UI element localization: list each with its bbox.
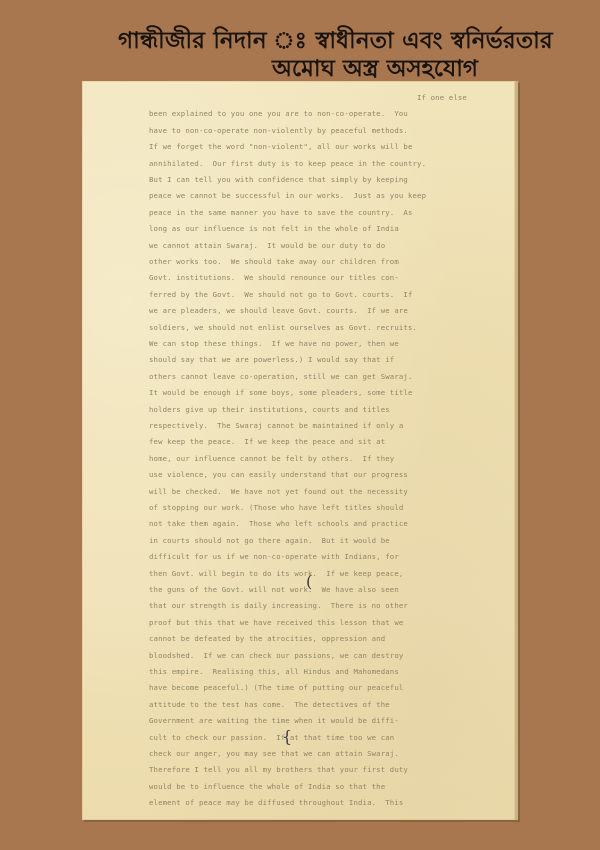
typewritten-line: ferred by the Govt. We should not go to …: [149, 290, 514, 300]
typewritten-line: have become peaceful.) (The time of putt…: [149, 683, 514, 693]
typewritten-line: we cannot attain Swaraj. It would be our…: [149, 241, 514, 251]
typewritten-line: cannot be defeated by the atrocities, op…: [149, 634, 514, 644]
typewritten-line: in courts should not go there again. But…: [149, 536, 514, 546]
typewritten-line: annihilated. Our first duty is to keep p…: [149, 159, 514, 169]
typewritten-line: home, our influence cannot be felt by ot…: [149, 454, 514, 464]
typewritten-line: would be to influence the whole of India…: [149, 782, 514, 792]
typewritten-line: We can stop these things. If we have no …: [149, 339, 514, 349]
typewritten-line: long as our influence is not felt in the…: [149, 224, 514, 234]
typewritten-line: check our anger, you may see that we can…: [149, 749, 514, 759]
handwritten-bracket-mark: (: [306, 574, 312, 590]
typewritten-line: we are pleaders, we should leave Govt. c…: [149, 306, 514, 316]
typewritten-line: proof but this that we have received thi…: [149, 618, 514, 628]
typewritten-line: But I can tell you with confidence that …: [149, 175, 514, 185]
typewritten-line: bloodshed. If we can check our passions,…: [149, 651, 514, 661]
typewritten-line: will be checked. We have not yet found o…: [149, 487, 514, 497]
typewritten-line: difficult for us if we non-co-operate wi…: [149, 552, 514, 562]
typewritten-line: holders give up their institutions, cour…: [149, 405, 514, 415]
typewritten-line: this empire. Realising this, all Hindus …: [149, 667, 514, 677]
typewritten-line: been explained to you one you are to non…: [149, 109, 514, 119]
typewritten-line: soldiers, we should not enlist ourselves…: [149, 323, 514, 333]
title-block: গান্ধীজীর নিদান ঃ স্বাধীনতা এবং স্বনির্ভ…: [0, 0, 600, 80]
typewritten-line: attitude to the test has come. The detec…: [149, 700, 514, 710]
typewritten-line: that our strength is daily increasing. T…: [149, 601, 514, 611]
typewritten-line: of stopping our work. (Those who have le…: [149, 503, 514, 513]
typewritten-document-page: If one elsebeen explained to you one you…: [82, 81, 518, 820]
typewritten-line: other works too. We should take away our…: [149, 257, 514, 267]
typewritten-line: not take them again. Those who left scho…: [149, 519, 514, 529]
typewritten-line: then Govt. will begin to do its work. If…: [149, 569, 514, 579]
typewritten-line: cult to check our passion. If at that ti…: [149, 733, 514, 743]
typewritten-line: use violence, you can easily understand …: [149, 470, 514, 480]
typewritten-line: should say that we are powerless.) I wou…: [149, 355, 514, 365]
typewritten-line: It would be enough if some boys, some pl…: [149, 388, 514, 398]
typewritten-line: few keep the peace. If we keep the peace…: [149, 437, 514, 447]
typewritten-line: element of peace may be diffused through…: [149, 798, 514, 808]
typewritten-line: have to non-co-operate non-violently by …: [149, 126, 514, 136]
typewritten-line: respectively. The Swaraj cannot be maint…: [149, 421, 514, 431]
typewritten-line: others cannot leave co-operation, still …: [149, 372, 514, 382]
typewritten-line: Government are waiting the time when it …: [149, 716, 514, 726]
typewritten-line: the guns of the Govt. will not work. We …: [149, 585, 514, 595]
typewritten-line: If we forget the word "non-violent", all…: [149, 142, 514, 152]
typewritten-line: Govt. institutions. We should renounce o…: [149, 273, 514, 283]
handwritten-brace-mark: {: [282, 729, 292, 745]
typewritten-line: peace in the same manner you have to sav…: [149, 208, 514, 218]
typewritten-line: If one else: [417, 93, 600, 103]
typewritten-line: peace we cannot be successful in our wor…: [149, 191, 514, 201]
typewritten-line: Therefore I tell you all my brothers tha…: [149, 765, 514, 775]
